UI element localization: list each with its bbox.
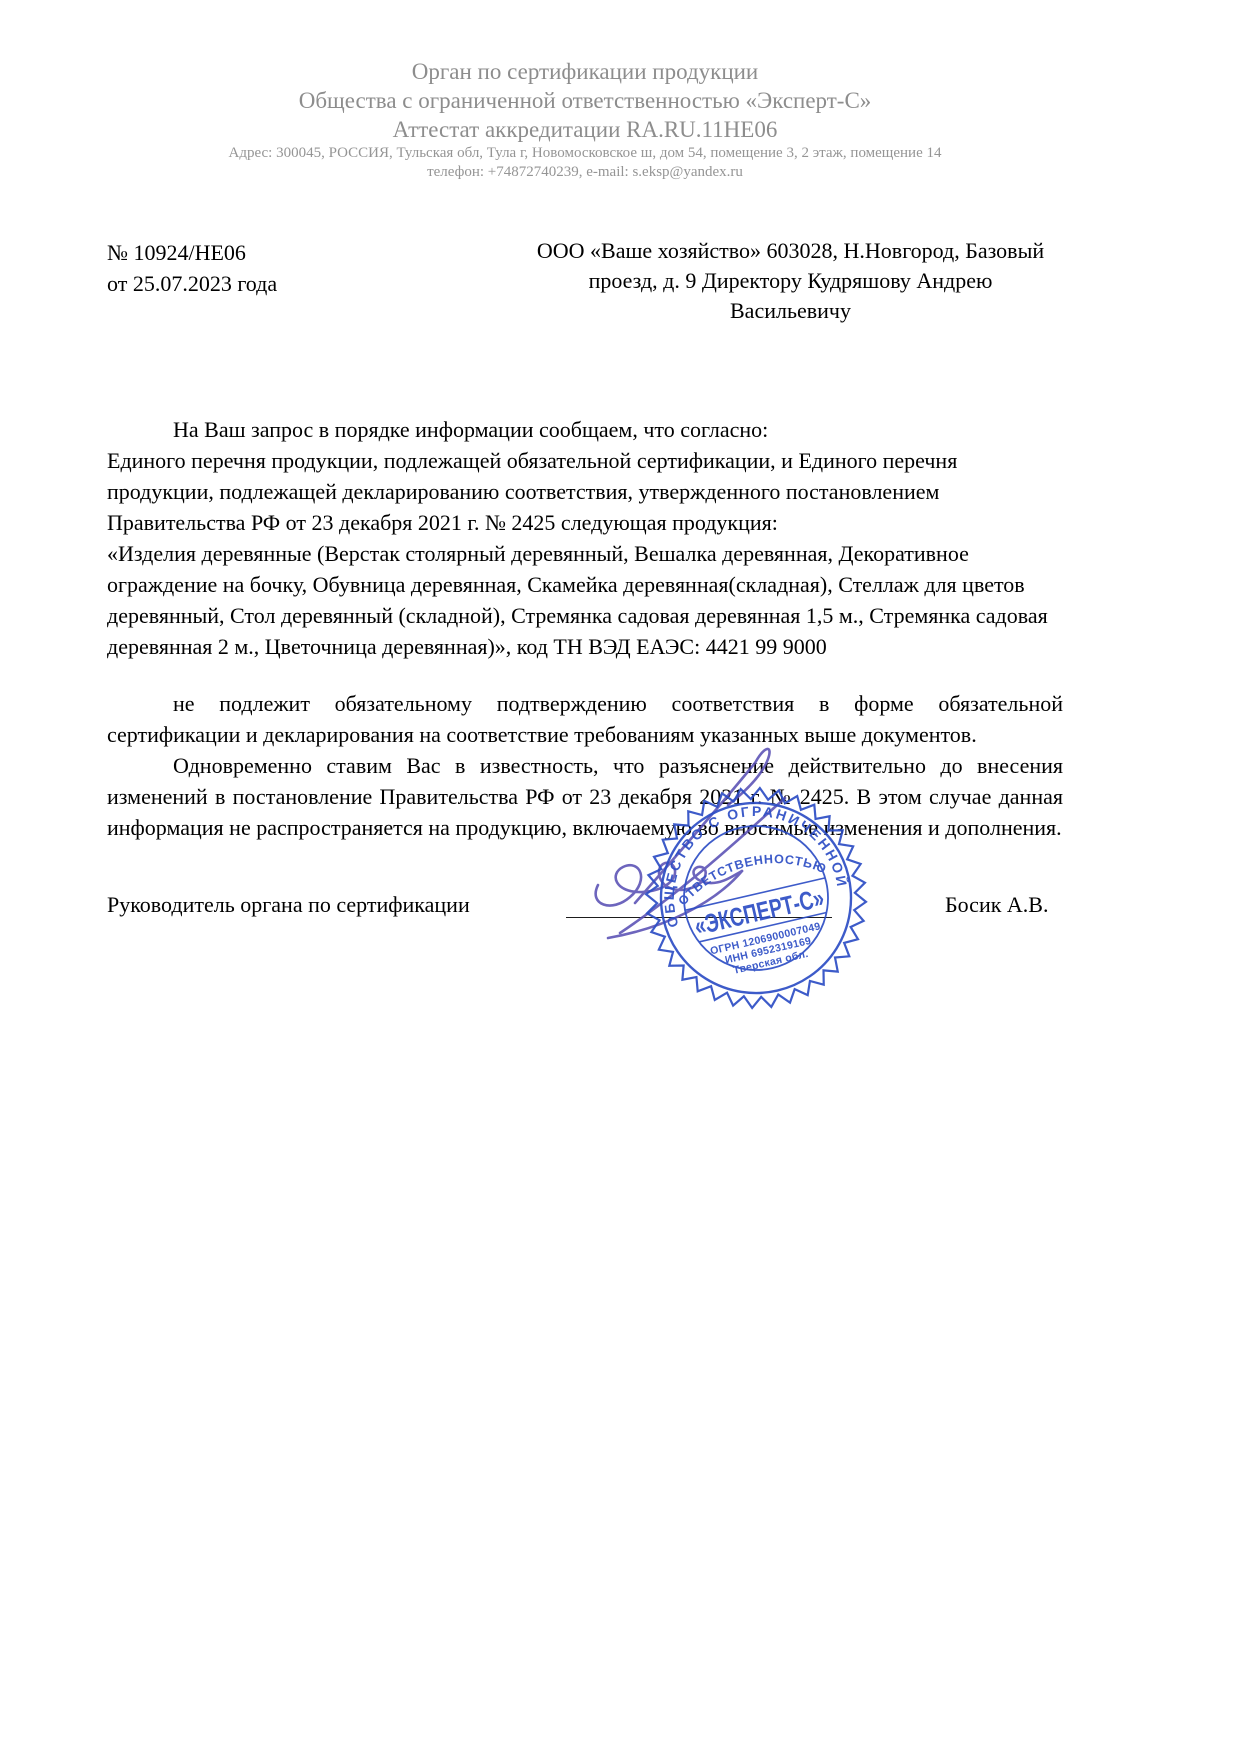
- document-page: Орган по сертификации продукции Общества…: [0, 0, 1241, 1754]
- paragraph-intro: На Ваш запрос в порядке информации сообщ…: [107, 414, 1063, 445]
- signatory-name: Босик А.В.: [945, 892, 1048, 918]
- paragraph-products: «Изделия деревянные (Верстак столярный д…: [107, 538, 1063, 662]
- recipient-block: ООО «Ваше хозяйство» 603028, Н.Новгород,…: [518, 236, 1063, 326]
- signatory-title: Руководитель органа по сертификации: [107, 892, 470, 918]
- org-accreditation: Аттестат аккредитации RA.RU.11НЕ06: [107, 115, 1063, 144]
- letterhead: Орган по сертификации продукции Общества…: [107, 57, 1063, 182]
- recipient-line: Васильевичу: [518, 296, 1063, 326]
- org-name: Общества с ограниченной ответственностью…: [107, 86, 1063, 115]
- org-department: Орган по сертификации продукции: [107, 57, 1063, 86]
- letter-date: от 25.07.2023 года: [107, 268, 277, 299]
- org-contacts: телефон: +74872740239, e-mail: s.eksp@ya…: [107, 163, 1063, 182]
- paragraph-legal-base: Единого перечня продукции, подлежащей об…: [107, 445, 1063, 538]
- letter-number: № 10924/НЕ06: [107, 237, 277, 268]
- recipient-line: ООО «Ваше хозяйство» 603028, Н.Новгород,…: [518, 236, 1063, 266]
- reference-block: № 10924/НЕ06 от 25.07.2023 года: [107, 237, 277, 299]
- company-stamp: ОБЩЕСТВО С ОГРАНИЧЕННОЙ ОТВЕТСТВЕННОСТЬЮ…: [636, 778, 876, 1018]
- org-address: Адрес: 300045, РОССИЯ, Тульская обл, Тул…: [107, 144, 1063, 163]
- recipient-line: проезд, д. 9 Директору Кудряшову Андрею: [518, 266, 1063, 296]
